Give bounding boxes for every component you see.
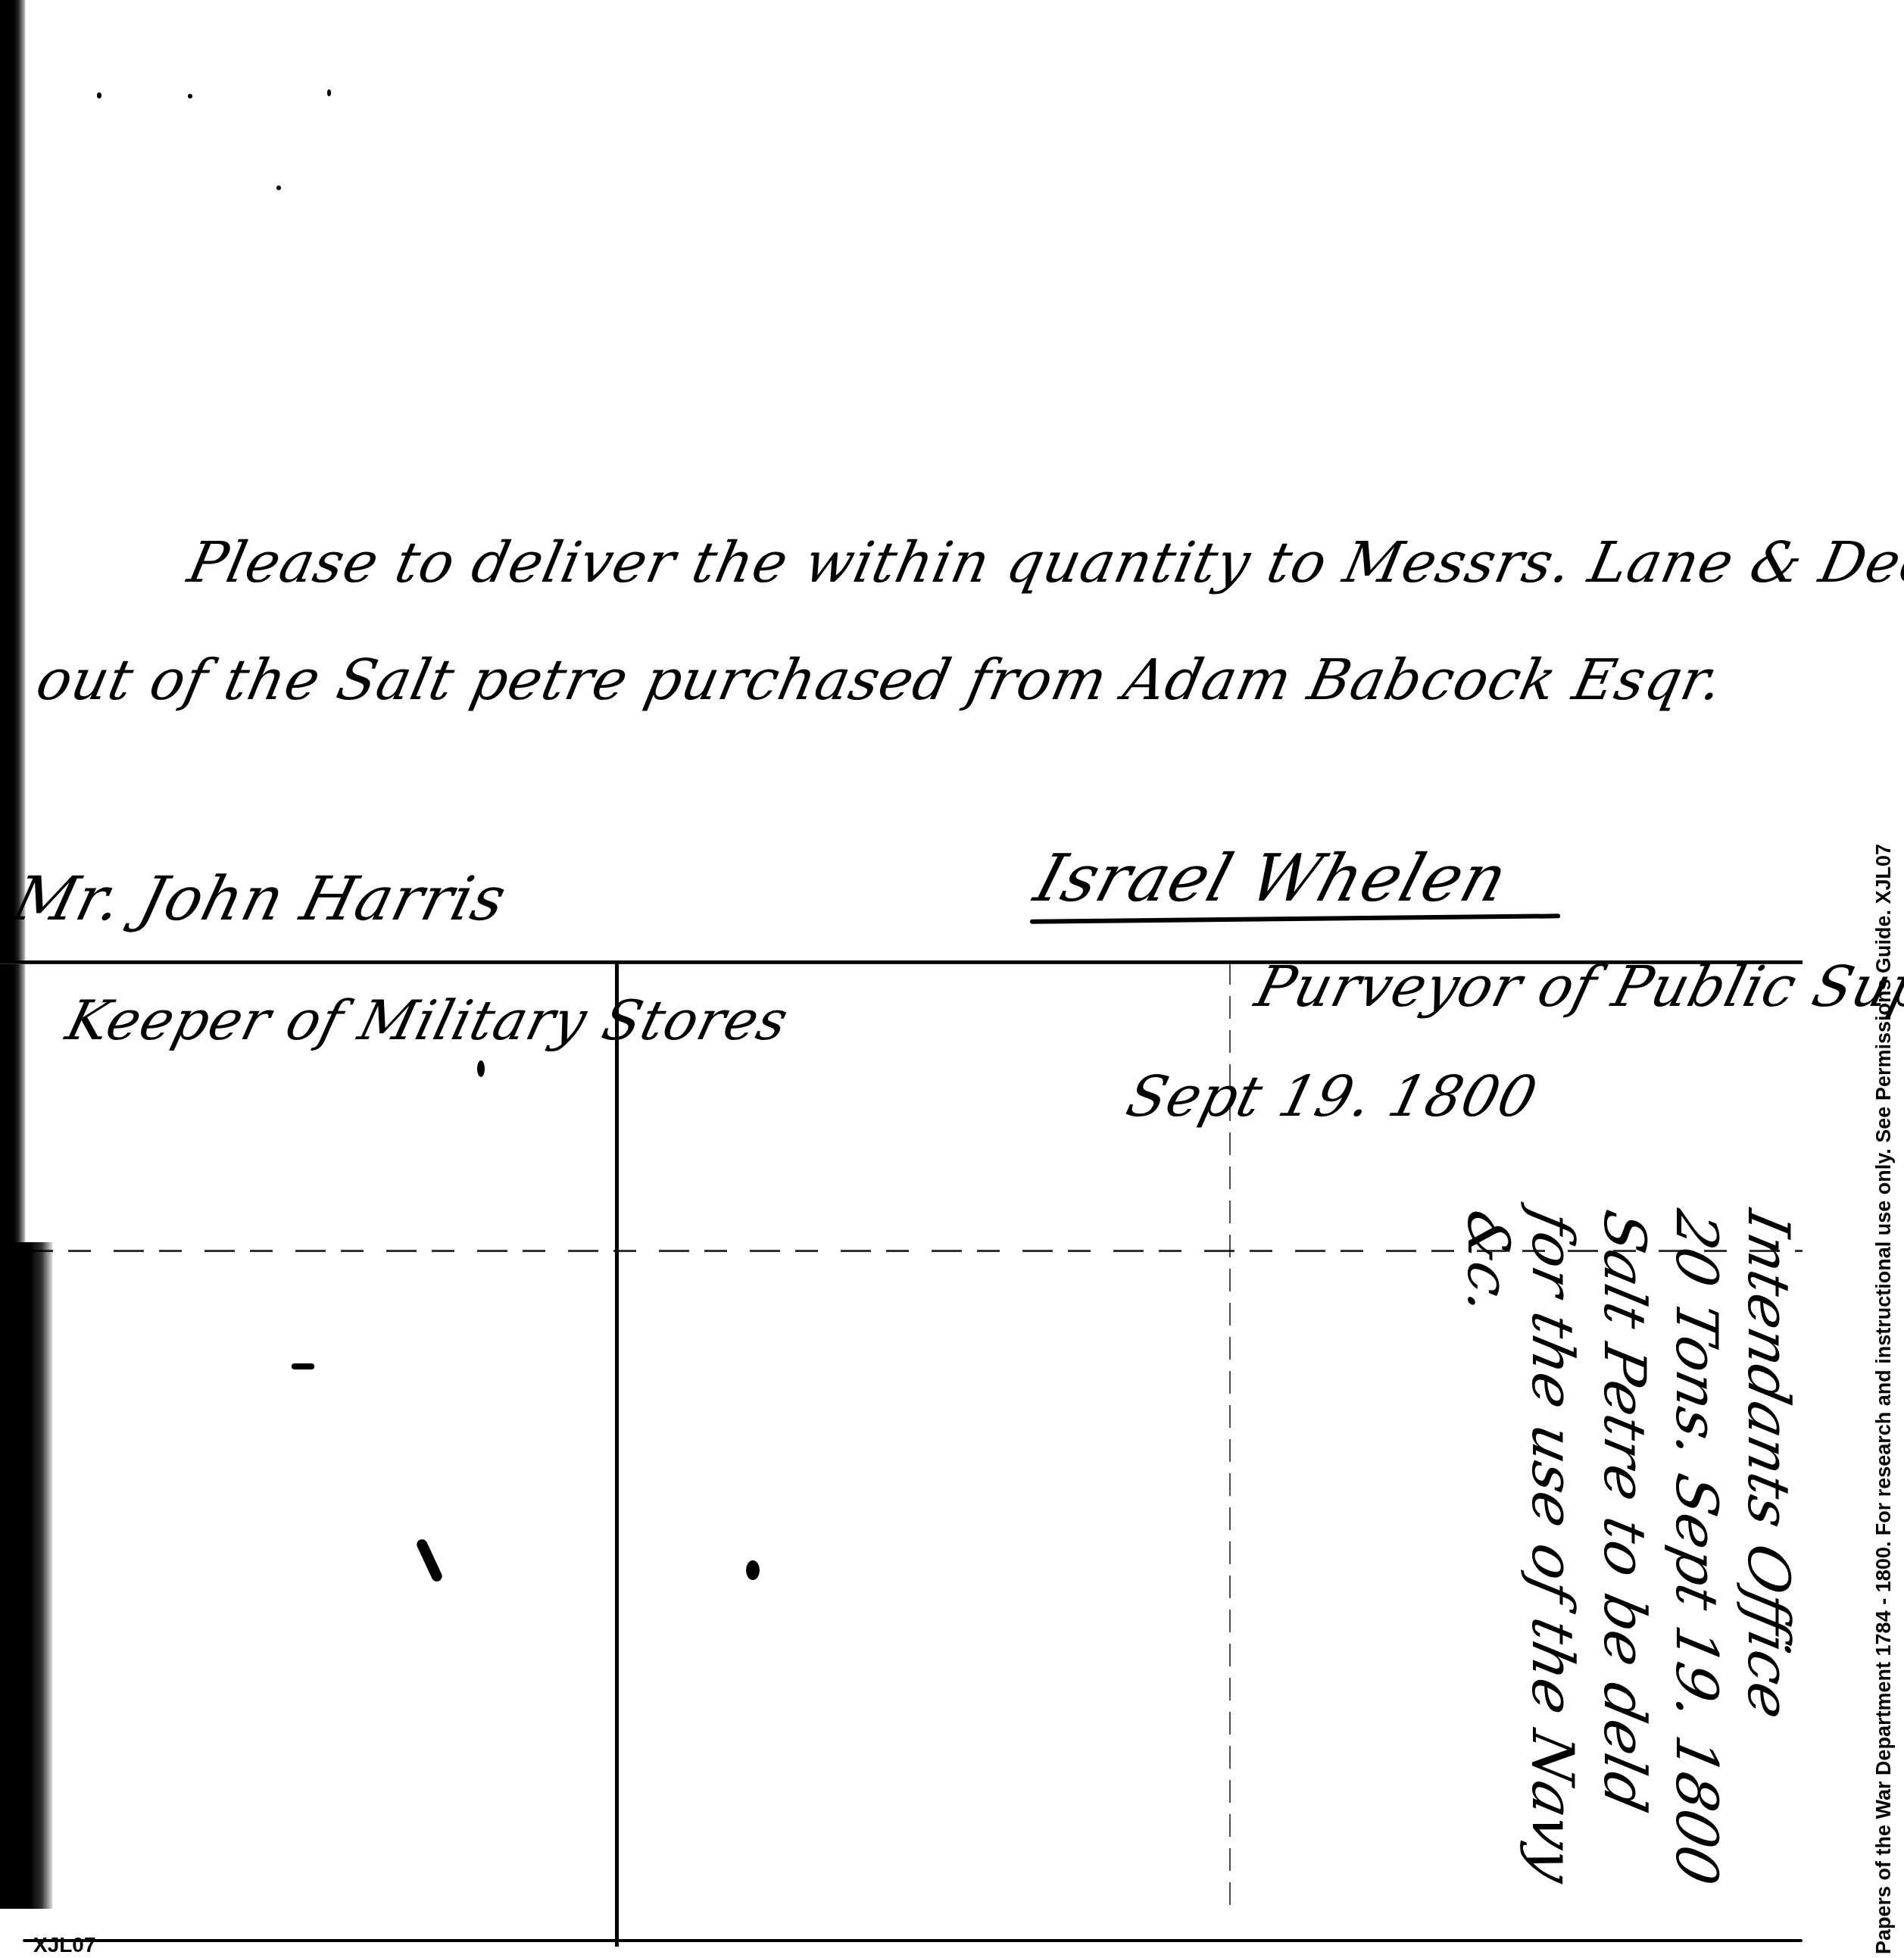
fold-line-vertical-left [615, 962, 619, 1947]
addressee-name: Mr. John Harris [6, 863, 513, 934]
docket-line: Intendants Office [1735, 1205, 1803, 1725]
archive-side-label: Papers of the War Department 1784 - 1800… [1872, 844, 1896, 1954]
ink-blot [292, 1363, 314, 1369]
scan-speck [327, 89, 331, 96]
docket-line: for the use of the Navy [1519, 1205, 1587, 1889]
ink-blot [477, 1060, 485, 1077]
ink-blot [415, 1538, 444, 1583]
body-text-line-2: out of the Salt petre purchased from Ada… [31, 648, 1729, 713]
signature-title: Purveyor of Public Supplies [1249, 954, 1904, 1020]
addressee-title: Keeper of Military Stores [61, 988, 795, 1052]
signature-name: Israel Whelen [1027, 841, 1516, 917]
scan-speck [97, 92, 101, 98]
body-text-line-1: Please to deliver the within quantity to… [183, 530, 1904, 595]
scanned-document-page: Please to deliver the within quantity to… [0, 0, 1904, 1958]
document-date: Sept 19. 1800 [1120, 1064, 1543, 1129]
archive-footer-id: XJL07 [33, 1933, 96, 1957]
scan-speck [276, 186, 281, 190]
docket-line: Salt Petre to be deld [1591, 1205, 1659, 1818]
docket-line: &c. [1455, 1205, 1522, 1321]
scan-speck [188, 94, 192, 98]
docket-line: 20 Tons. Sept 19. 1800 [1663, 1205, 1731, 1891]
ink-blot [746, 1560, 760, 1580]
page-bottom-edge [23, 1939, 1803, 1942]
docket-notation: Intendants Office 20 Tons. Sept 19. 1800… [1454, 1212, 1803, 1803]
scan-edge-shadow-lower [0, 1242, 53, 1909]
